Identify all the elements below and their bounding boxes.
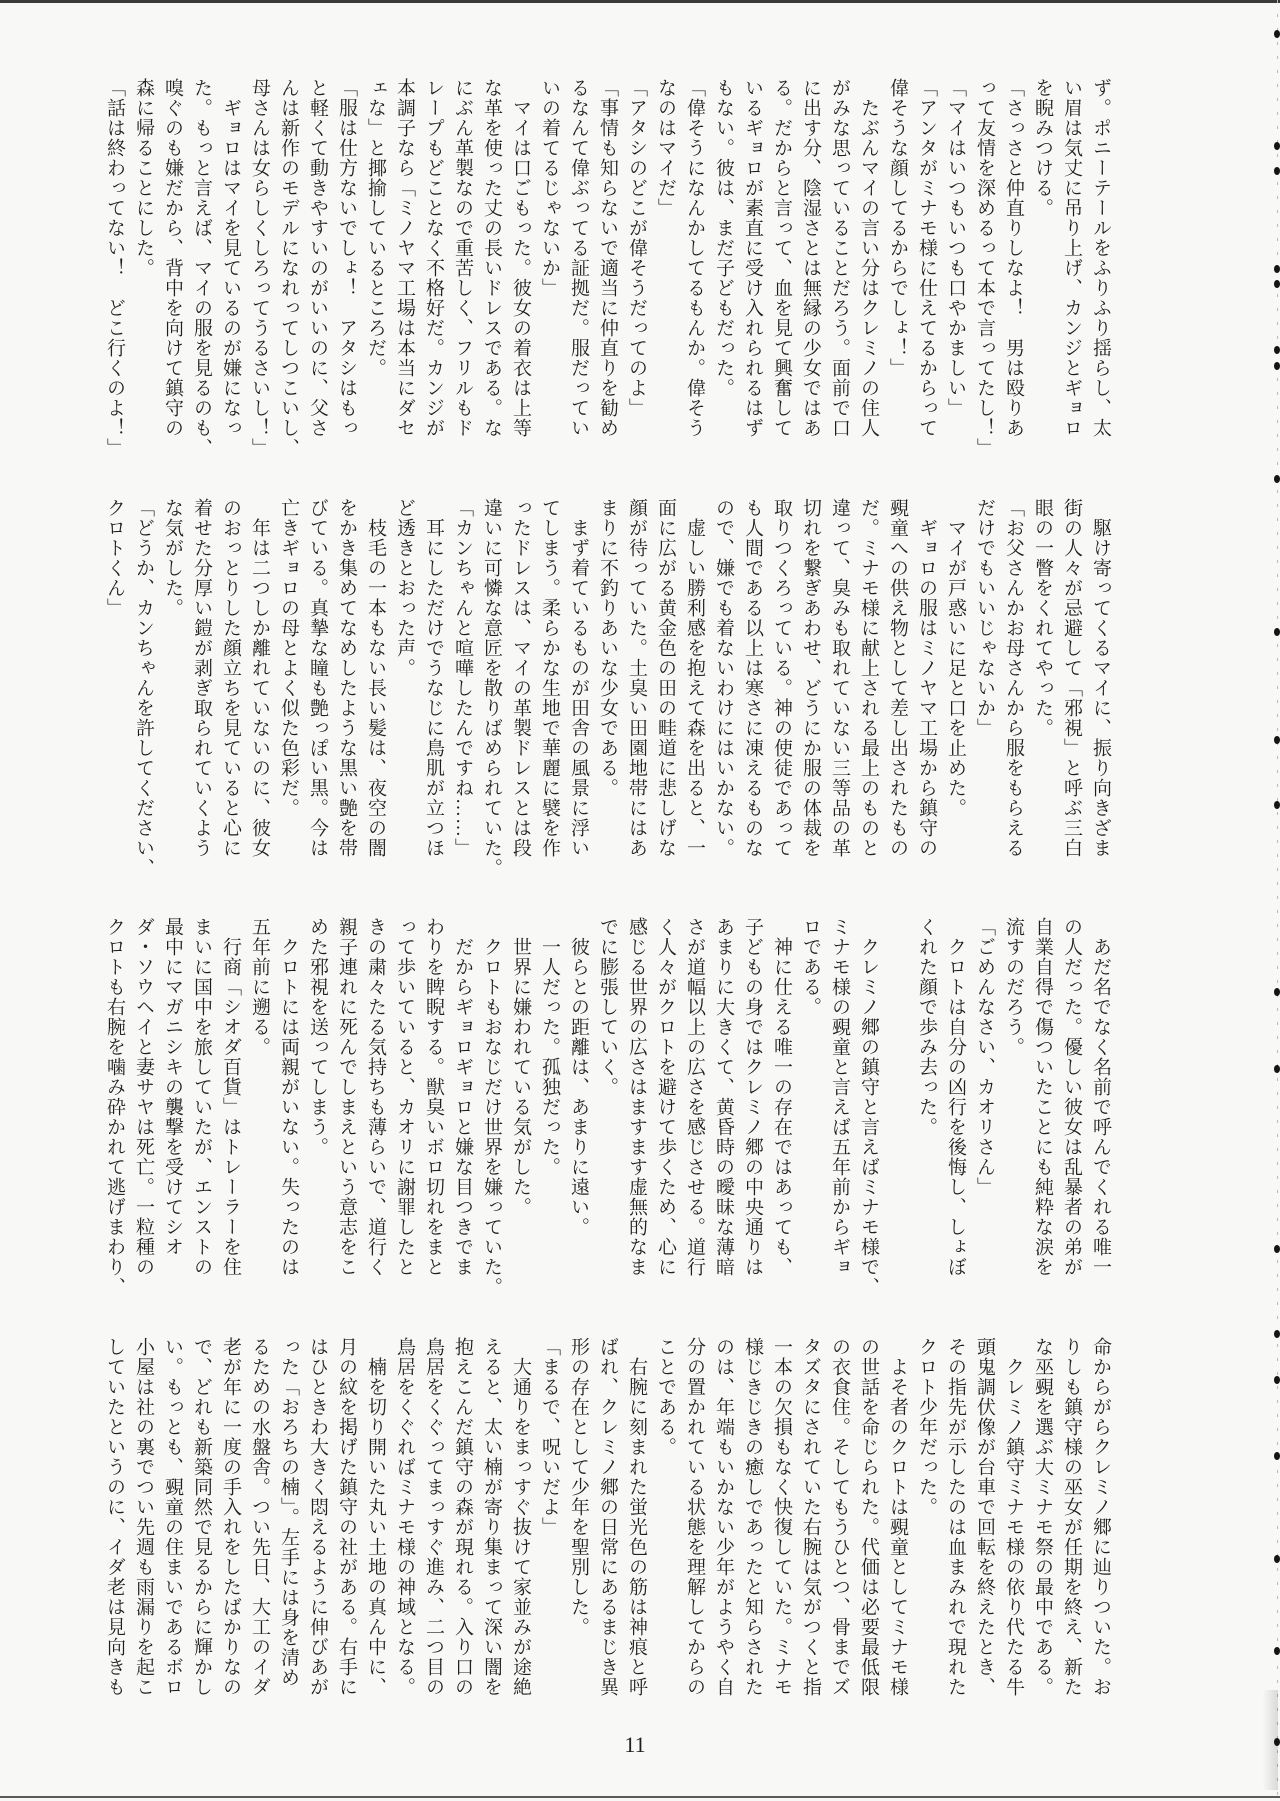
text-column: の衣食住。そしてもうひとつ、骨までズ xyxy=(825,1337,854,1699)
text-column: 虚しい勝利感を抱えて森を出ると、一 xyxy=(680,498,709,860)
scan-mark xyxy=(1274,142,1280,150)
scan-mark xyxy=(1274,1376,1280,1384)
text-column: 親子連れに死んでしまえという意志をこ xyxy=(332,917,361,1279)
text-column: 森に帰ることにした。 xyxy=(129,78,158,440)
text-column: 「偉そうになんかしてるもんか。偉そう xyxy=(680,78,709,440)
text-column: ので、嫌でも着ないわけにはいかない。 xyxy=(709,498,738,860)
text-column: クレミノ鎮守ミナモ様の依り代たる牛 xyxy=(999,1337,1028,1699)
text-column: 右腕に刻まれた蛍光色の筋は神痕と呼 xyxy=(622,1337,651,1699)
text-column: 年は二つしか離れていないのに、彼女 xyxy=(245,498,274,860)
text-column: 「どうか、カンちゃんを許してください、 xyxy=(129,498,158,860)
text-column: 亡きギョロの母とよく似た色彩だ。 xyxy=(274,498,303,860)
text-column: クロトには両親がいない。失ったのは xyxy=(274,917,303,1279)
scan-mark xyxy=(1274,1555,1280,1563)
text-column: 「話は終わってない！ どこ行くのよ！」 xyxy=(100,78,129,440)
text-column: 様じきじきの癒しであったと知らされた xyxy=(738,1337,767,1699)
text-column: 「マイはいつもいつも口やかましい」 xyxy=(941,78,970,440)
text-column: 最中にマガニシキの襲撃を受けてシオ xyxy=(158,917,187,1279)
scan-mark xyxy=(1274,1647,1280,1655)
text-tier-2: 駆け寄ってくるマイに、振り向きざま 街の人々が忌避して「邪視」と呼ぶ三白 眼の一… xyxy=(100,498,1115,878)
text-column: で、どれも新築同然で見るからに輝かし xyxy=(187,1337,216,1699)
text-column: 五年前に遡る。 xyxy=(245,917,274,1279)
text-column: 神に仕える唯一の存在ではあっても、 xyxy=(767,917,796,1279)
text-column: って友情を深めるって本で言ってたし！」 xyxy=(970,78,999,440)
text-column: 本調子なら「ミノヤマ工場は本当にダセ xyxy=(390,78,419,440)
scan-mark xyxy=(1274,30,1280,38)
text-tier-3: あだ名でなく名前で呼んでくれる唯一 の人だった。優しい彼女は乱暴者の弟が 自業自… xyxy=(100,917,1115,1297)
text-column: ど透きとおった声。 xyxy=(390,498,419,860)
text-column: りしも鎮守様の巫女が任期を終え、新た xyxy=(1057,1337,1086,1699)
scan-mark xyxy=(1274,988,1280,996)
text-column: にぶん革製なので重苦しく、フリルもド xyxy=(448,78,477,440)
text-column: クロト少年だった。 xyxy=(912,1337,941,1699)
text-column: なのはマイだ」 xyxy=(651,78,680,440)
text-column: まいに国中を旅していたが、エンストの xyxy=(187,917,216,1279)
text-column: 「ごめんなさい、カオリさん」 xyxy=(970,917,999,1279)
text-column: さが道幅以上の広さを感じさせる。道行 xyxy=(680,917,709,1279)
text-column: 着せた分厚い鎧が剥ぎ取られていくよう xyxy=(187,498,216,860)
text-column: く人々がクロトを避けて歩くため、心に xyxy=(651,917,680,1279)
text-tier-4: 命からがらクレミノ郷に辿りついた。お りしも鎮守様の巫女が任期を終え、新た な巫… xyxy=(100,1337,1115,1717)
scan-mark xyxy=(1274,167,1280,175)
text-column: 街の人々が忌避して「邪視」と呼ぶ三白 xyxy=(1057,498,1086,860)
scan-mark xyxy=(1274,362,1280,370)
text-column: マイは口ごもった。彼女の着衣は上等 xyxy=(506,78,535,440)
text-column: 彼らとの距離は、あまりに遠い。 xyxy=(564,917,593,1279)
text-column: いの着てるじゃないか」 xyxy=(535,78,564,440)
text-column: めた邪視を送ってしまう。 xyxy=(303,917,332,1279)
text-column: る。だからと言って、血を見て興奮して xyxy=(767,78,796,440)
text-column: 偉そうな顔してるからでしょ！」 xyxy=(883,78,912,440)
text-column: 月の紋を掲げた鎮守の社がある。右手に xyxy=(332,1337,361,1699)
text-column: していたというのに、イダ老は見向きも xyxy=(100,1337,129,1699)
text-column: だけでもいいじゃないか」 xyxy=(970,498,999,860)
text-column: 楠を切り開いた丸い土地の真ん中に、 xyxy=(361,1337,390,1699)
text-column: 自業自得で傷ついたことにも純粋な涙を xyxy=(1028,917,1057,1279)
text-column: 老が年に一度の手入れをしたばかりなの xyxy=(216,1337,245,1699)
text-column: 覡童への供え物として差し出されたもの xyxy=(883,498,912,860)
text-column: ことである。 xyxy=(651,1337,680,1699)
text-column: 「アタシのどこが偉そうだってのよ」 xyxy=(622,78,651,440)
text-column: 流すのだろう。 xyxy=(999,917,1028,1279)
text-column: まず着ているものが田舎の風景に浮い xyxy=(564,498,593,860)
text-column: を睨みつける。 xyxy=(1028,78,1057,440)
text-column: 「アンタがミナモ様に仕えてるからって xyxy=(912,78,941,440)
text-column: 一本の欠損もなく快復していた。ミナモ xyxy=(767,1337,796,1699)
text-column: も人間である以上は寒さに凍えるものな xyxy=(738,498,767,860)
text-column: ギョロはマイを見ているのが嫌になっ xyxy=(216,78,245,440)
text-column: 耳にしただけでうなじに鳥肌が立つほ xyxy=(419,498,448,860)
text-column: てしまう。柔らかな生地で華麗に襞を作 xyxy=(535,498,564,860)
text-column: くれた顔で歩み去った。 xyxy=(912,917,941,1279)
text-column: に出す分、陰湿さとは無縁の少女ではあ xyxy=(796,78,825,440)
text-column: 「服は仕方ないでしょ！ アタシはもっ xyxy=(332,78,361,440)
text-column: えると、太い楠が寄り集まって深い闇を xyxy=(477,1337,506,1699)
text-column: 行商「シオダ百貨」はトレーラーを住 xyxy=(216,917,245,1279)
scan-mark xyxy=(1274,736,1280,744)
text-column: はひときわ大きく悶えるように伸びあが xyxy=(303,1337,332,1699)
text-column: クロトも右腕を噛み砕かれて逃げまわり、 xyxy=(100,917,129,1279)
text-column: びている。真摯な瞳も艶っぽい黒。今は xyxy=(303,498,332,860)
text-column: クロトは自分の凶行を後悔し、しょぼ xyxy=(941,917,970,1279)
text-column: だからギョロギョロと嫌な目つきでま xyxy=(448,917,477,1279)
text-column: 枝毛の一本もない長い髪は、夜空の闇 xyxy=(361,498,390,860)
text-column: ダ・ソウヘイと妻サヤは死亡。一粒種の xyxy=(129,917,158,1279)
text-column: クロトくん」 xyxy=(100,498,129,860)
text-column: よそ者のクロトは覡童としてミナモ様 xyxy=(883,1337,912,1699)
scan-mark xyxy=(1274,1738,1280,1746)
text-column: るための水盤舎。つい先日、大工のイダ xyxy=(245,1337,274,1699)
text-column: たぶんマイの言い分はクレミノの住人 xyxy=(854,78,883,440)
text-column: 切れを繋ぎあわせ、どうにか服の体裁を xyxy=(796,498,825,860)
text-column: るなんて偉ぶってる証拠だ。服だってい xyxy=(564,78,593,440)
text-column: い眉は気丈に吊り上げ、カンジとギョロ xyxy=(1057,78,1086,440)
text-column: 顔が待っていた。土臭い田園地帯にはあ xyxy=(622,498,651,860)
text-column: 世界に嫌われている気がした。 xyxy=(506,917,535,1279)
text-column: 違いに可憐な意匠を散りばめられていた。 xyxy=(477,498,506,860)
text-column: 感じる世界の広さはますます虚無的なま xyxy=(622,917,651,1279)
scan-mark xyxy=(1274,475,1280,483)
text-column: クレミノ郷の鎮守と言えばミナモ様で、 xyxy=(854,917,883,1279)
text-column: クロトもおなじだけ世界を嫌っていた。 xyxy=(477,917,506,1279)
text-column: をかき集めてなめしたような黒い艶を帯 xyxy=(332,498,361,860)
text-column: のおっとりした顔立ちを見ていると心に xyxy=(216,498,245,860)
text-column: って歩いていると、カオリに謝罪したと xyxy=(390,917,419,1279)
text-column: 母さんは女らしくしろってうるさいし！」 xyxy=(245,78,274,440)
scan-mark xyxy=(1274,346,1280,354)
text-column: いるギョロが素直に受け入れられるはず xyxy=(738,78,767,440)
text-column: 「さっさと仲直りしなよ！ 男は殴りあ xyxy=(999,78,1028,440)
text-column: あだ名でなく名前で呼んでくれる唯一 xyxy=(1086,917,1115,1279)
text-column: 大通りをまっすぐ抜けて家並みが途絶 xyxy=(506,1337,535,1699)
text-column: 頭鬼調伏像が台車で回転を終えたとき、 xyxy=(970,1337,999,1699)
text-column: な巫覡を選ぶ大ミナモ祭の最中である。 xyxy=(1028,1337,1057,1699)
scan-mark xyxy=(1274,628,1280,636)
scan-mark xyxy=(1274,1452,1280,1460)
text-column: た。もっと言えば、マイの服を見るのも、 xyxy=(187,78,216,440)
text-column: 命からがらクレミノ郷に辿りついた。お xyxy=(1086,1337,1115,1699)
text-column: 抱えこんだ鎮守の森が現れる。入り口の xyxy=(448,1337,477,1699)
text-column: 嗅ぐのも嫌だから、背中を向けて鎮守の xyxy=(158,78,187,440)
scanned-page: ず。ポニーテールをふりふり揺らし、太 い眉は気丈に吊り上げ、カンジとギョロ を睨… xyxy=(0,0,1280,1801)
text-column: な気がした。 xyxy=(158,498,187,860)
text-column: ばれ、クレミノ郷の日常にあるまじき異 xyxy=(593,1337,622,1699)
text-column: な革を使った丈の長いドレスである。な xyxy=(477,78,506,440)
text-column: ェな」と揶揄しているところだ。 xyxy=(361,78,390,440)
text-column: 形の存在として少年を聖別した。 xyxy=(564,1337,593,1699)
text-column: い。もっとも、覡童の住まいであるボロ xyxy=(158,1337,187,1699)
text-column: がみな思っていることだろう。面前で口 xyxy=(825,78,854,440)
text-column: ったドレスは、マイの革製ドレスとは段 xyxy=(506,498,535,860)
text-column: その指先が示したのは血まみれで現れた xyxy=(941,1337,970,1699)
text-column: あまりに大きくて、黄昏時の曖昧な薄暗 xyxy=(709,917,738,1279)
scene-break xyxy=(883,917,912,1279)
scan-mark xyxy=(1274,265,1280,273)
text-column: 一人だった。孤独だった。 xyxy=(535,917,564,1279)
text-column: 小屋は社の裏でつい先週も雨漏りを起こ xyxy=(129,1337,158,1699)
text-column: まりに不釣りあいな少女である。 xyxy=(593,498,622,860)
text-column: った「おろちの楠」。左手には身を清め xyxy=(274,1337,303,1699)
text-column: んは新作のモデルになれってしつこいし、 xyxy=(274,78,303,440)
text-column: 「お父さんかお母さんから服をもらえる xyxy=(999,498,1028,860)
text-column: ギョロの服はミノヤマ工場から鎮守の xyxy=(912,498,941,860)
text-column: 違って、臭みも取れていない三等品の革 xyxy=(825,498,854,860)
scan-edge-bottom xyxy=(0,1796,1280,1798)
page-number: 11 xyxy=(600,1731,670,1759)
text-column: ロである。 xyxy=(796,917,825,1279)
text-column: 駆け寄ってくるマイに、振り向きざま xyxy=(1086,498,1115,860)
text-column: の人だった。優しい彼女は乱暴者の弟が xyxy=(1057,917,1086,1279)
scan-mark xyxy=(1274,801,1280,809)
text-column: の世話を命じられた。代価は必要最低限 xyxy=(854,1337,883,1699)
text-column: わりを睥睨する。獣臭いボロ切れをまと xyxy=(419,917,448,1279)
text-column: 分の置かれている状態を理解してからの xyxy=(680,1337,709,1699)
text-column: ミナモ様の覡童と言えば五年前からギョ xyxy=(825,917,854,1279)
text-column: もない。彼は、まだ子どもだった。 xyxy=(709,78,738,440)
text-column: のは、年端もいかない少年がようやく自 xyxy=(709,1337,738,1699)
text-column: ず。ポニーテールをふりふり揺らし、太 xyxy=(1086,78,1115,440)
scan-edge-top xyxy=(0,0,1280,3)
text-column: 「カンちゃんと喧嘩したんですね……」 xyxy=(448,498,477,860)
text-column: 眼の一瞥をくれてやった。 xyxy=(1028,498,1057,860)
text-column: タズタにされていた右腕は気がつくと指 xyxy=(796,1337,825,1699)
text-column: でに膨張していく。 xyxy=(593,917,622,1279)
scan-mark xyxy=(1274,280,1280,288)
text-column: マイが戸惑いに足と口を止めた。 xyxy=(941,498,970,860)
text-column: 取りつくろっている。神の使徒であって xyxy=(767,498,796,860)
text-column: だ。ミナモ様に献上される最上のものと xyxy=(854,498,883,860)
scan-mark xyxy=(1274,1065,1280,1073)
text-column: レープもどことなく不格好だ。カンジが xyxy=(419,78,448,440)
text-column: 面に広がる黄金色の田の畦道に悲しげな xyxy=(651,498,680,860)
text-column: 「まるで、呪いだよ」 xyxy=(535,1337,564,1699)
text-column: 鳥居をくぐればミナモ様の神域となる。 xyxy=(390,1337,419,1699)
text-column: きの粛々たる気持ちも薄らいで、道行く xyxy=(361,917,390,1279)
text-column: と軽くて動きやすいのがいいのに、父さ xyxy=(303,78,332,440)
scan-mark xyxy=(1274,1245,1280,1253)
text-column: 鳥居をくぐってまっすぐ進み、二つ目の xyxy=(419,1337,448,1699)
text-column: 「事情も知らないで適当に仲直りを勧め xyxy=(593,78,622,440)
text-tier-1: ず。ポニーテールをふりふり揺らし、太 い眉は気丈に吊り上げ、カンジとギョロ を睨… xyxy=(100,78,1115,458)
scan-mark xyxy=(1274,1330,1280,1338)
text-column: 子どもの身ではクレミノ郷の中央通りは xyxy=(738,917,767,1279)
